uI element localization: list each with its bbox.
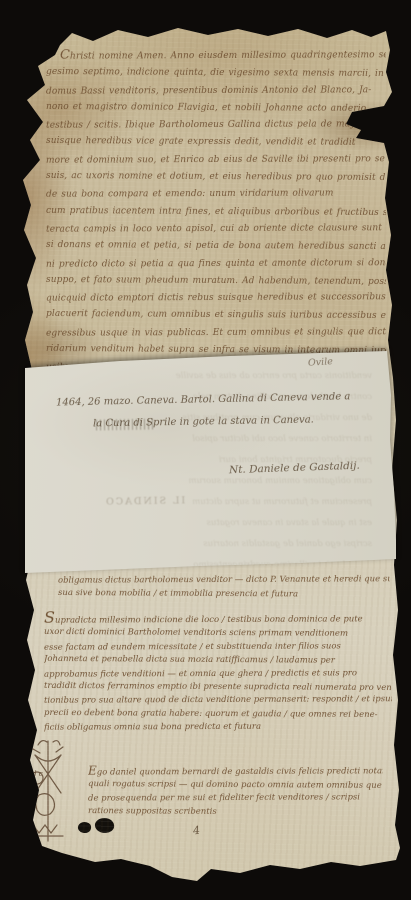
ghost-line: est in quale la stava in caneva rogatus bbox=[40, 513, 372, 534]
ghost-line: in territorio caneve loco ubi dicitur ap… bbox=[40, 429, 372, 450]
ink-smudge bbox=[96, 418, 154, 430]
ghost-line: venditionis carta pro enrico ab eius de … bbox=[40, 366, 372, 387]
ghost-line: anno domini millesimo quadringentesimo bbox=[40, 555, 372, 576]
ghost-line: scripsi ego daniel de gastaldis notarius bbox=[40, 534, 372, 555]
ghost-stamp-text: IL SINDACO bbox=[104, 495, 185, 507]
slip-corner-note: Ovile bbox=[308, 356, 334, 369]
ghost-line: cum obligatione omnium bonorum suorum bbox=[40, 471, 372, 492]
photo-of-parchment-deed: Christi nomine Amen. Anno eiusdem milles… bbox=[0, 0, 411, 900]
archival-slip-wrapper: venditionis carta pro enrico ab eius de … bbox=[0, 0, 411, 900]
ghost-line: presencium et futurorum ut supra dictum bbox=[40, 492, 372, 513]
archival-slip: venditionis carta pro enrico ab eius de … bbox=[0, 0, 411, 900]
